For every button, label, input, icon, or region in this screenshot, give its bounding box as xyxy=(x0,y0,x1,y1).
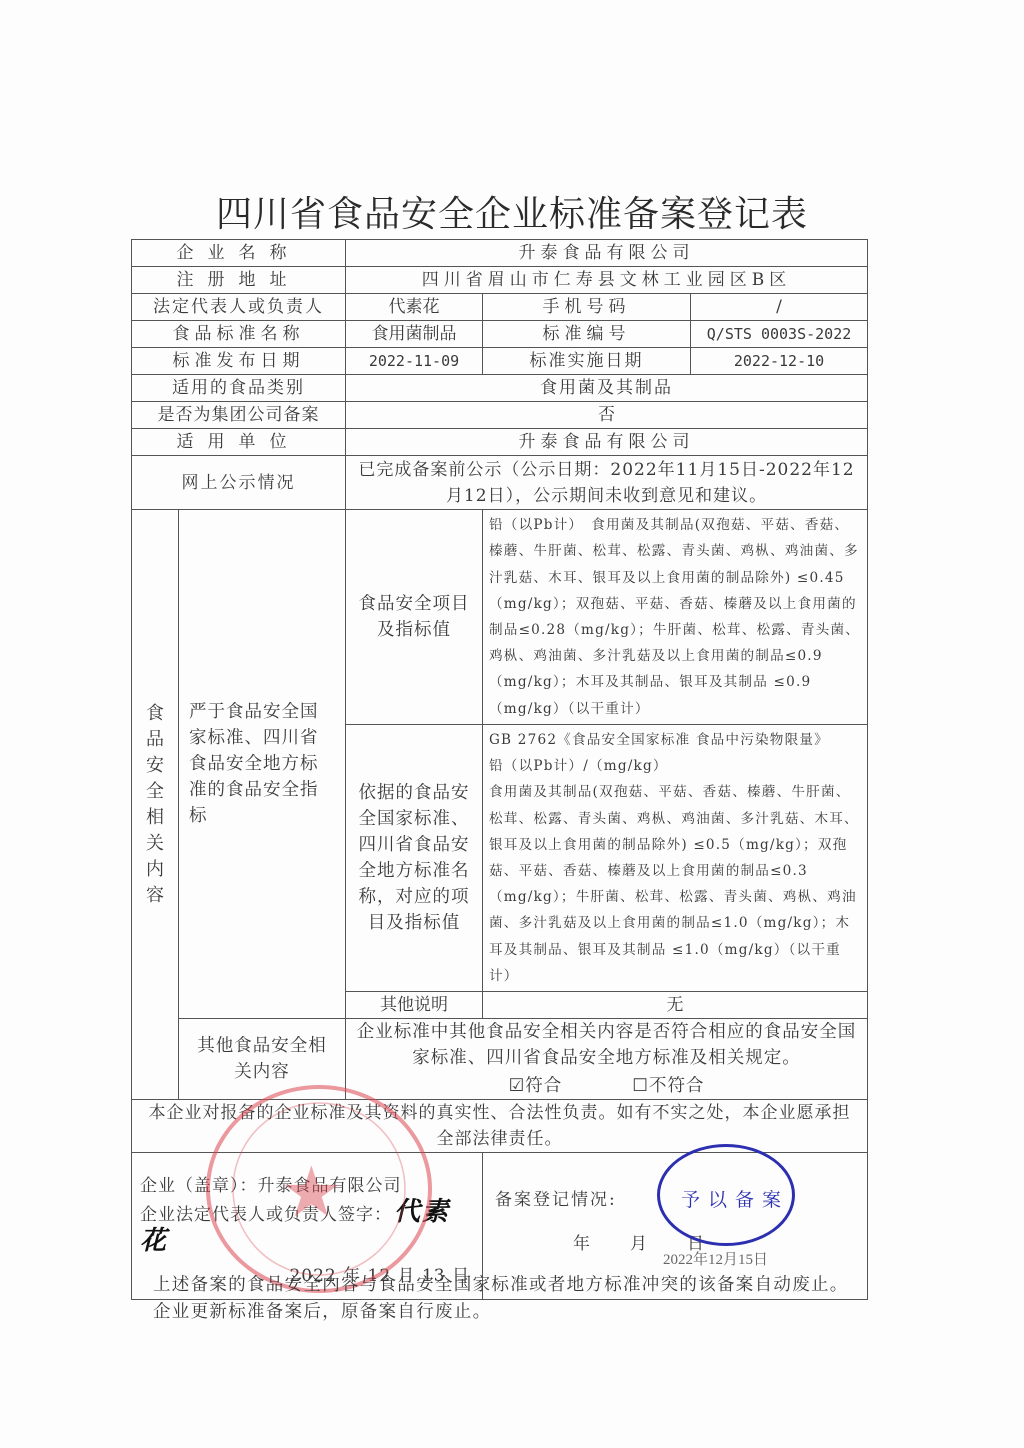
not-comply-checkbox[interactable]: ☐不符合 xyxy=(632,1073,704,1099)
company-name-value: 升泰食品有限公司 xyxy=(346,240,868,267)
food-category-value: 食用菌及其制品 xyxy=(346,375,868,402)
online-notice-value: 已完成备案前公示（公示日期：2022年11月15日-2022年12月12日），公… xyxy=(346,456,868,510)
row-safety-items: 食品安全相关内容 严于食品安全国家标准、四川省食品安全地方标准的食品安全指标 食… xyxy=(132,510,868,725)
effective-date-value: 2022-12-10 xyxy=(691,348,868,375)
release-date-label: 标准发布日期 xyxy=(132,348,346,375)
row-declaration: 本企业对报备的企业标准及其资料的真实性、合法性负责。如有不实之处，本企业愿承担全… xyxy=(132,1100,868,1153)
other-content-question: 企业标准中其他食品安全相关内容是否符合相应的食品安全国家标准、四川省食品安全地方… xyxy=(352,1019,861,1071)
safety-item-value: 铅（以Pb计） 食用菌及其制品(双孢菇、平菇、香菇、榛蘑、牛肝菌、松茸、松露、青… xyxy=(483,510,868,725)
row-online-notice: 网上公示情况 已完成备案前公示（公示日期：2022年11月15日-2022年12… xyxy=(132,456,868,510)
phone-label: 手机号码 xyxy=(483,294,691,321)
comply-checkbox[interactable]: ☑符合 xyxy=(509,1073,563,1099)
other-content-cell: 企业标准中其他食品安全相关内容是否符合相应的食品安全国家标准、四川省食品安全地方… xyxy=(346,1019,868,1100)
row-standard-name: 食品标准名称 食用菌制品 标准编号 Q/STS 0003S-2022 xyxy=(132,321,868,348)
basis-limits: 食用菌及其制品(双孢菇、平菇、香菇、榛蘑、牛肝菌、松茸、松露、青头菌、鸡枞、鸡油… xyxy=(489,779,861,989)
row-legal-rep: 法定代表人或负责人 代素花 手机号码 / xyxy=(132,294,868,321)
approval-date-stamp: 2022年12月15日 xyxy=(663,1248,768,1269)
row-food-category: 适用的食品类别 食用菌及其制品 xyxy=(132,375,868,402)
strict-indicator-label: 严于食品安全国家标准、四川省食品安全地方标准的食品安全指标 xyxy=(179,510,346,1019)
standard-number-value: Q/STS 0003S-2022 xyxy=(691,321,868,348)
applicable-unit-label: 适用单位 xyxy=(132,429,346,456)
group-filing-label: 是否为集团公司备案 xyxy=(132,402,346,429)
address-value: 四川省眉山市仁寿县文林工业园区B区 xyxy=(346,267,868,294)
rep-signature-label: 企业法定代表人或负责人签字： xyxy=(140,1205,392,1225)
basis-unit: 铅（以Pb计）/（mg/kg） xyxy=(489,753,861,779)
standard-name-value: 食用菌制品 xyxy=(346,321,483,348)
row-other-content: 其他食品安全相关内容 企业标准中其他食品安全相关内容是否符合相应的食品安全国家标… xyxy=(132,1019,868,1100)
other-notes-label: 其他说明 xyxy=(346,992,483,1019)
filing-form-table: 企业名称 升泰食品有限公司 注册地址 四川省眉山市仁寿县文林工业园区B区 法定代… xyxy=(131,239,868,1300)
effective-date-label: 标准实施日期 xyxy=(483,348,691,375)
standard-number-label: 标准编号 xyxy=(483,321,691,348)
row-address: 注册地址 四川省眉山市仁寿县文林工业园区B区 xyxy=(132,267,868,294)
company-name-label: 企业名称 xyxy=(132,240,346,267)
approval-stamp-text: 予以备案 xyxy=(681,1185,789,1212)
safety-group-label: 食品安全相关内容 xyxy=(132,510,179,1100)
standard-name-label: 食品标准名称 xyxy=(132,321,346,348)
basis-label: 依据的食品安全国家标准、四川省食品安全地方标准名称，对应的项目及指标值 xyxy=(346,725,483,992)
basis-value: GB 2762《食品安全国家标准 食品中污染物限量》 铅（以Pb计）/（mg/k… xyxy=(483,725,868,992)
enterprise-seal-label: 企业（盖章）：升泰食品有限公司 xyxy=(140,1173,474,1199)
release-date-value: 2022-11-09 xyxy=(346,348,483,375)
row-applicable-unit: 适用单位 升泰食品有限公司 xyxy=(132,429,868,456)
row-dates: 标准发布日期 2022-11-09 标准实施日期 2022-12-10 xyxy=(132,348,868,375)
phone-value: / xyxy=(691,294,868,321)
filing-status-label: 备案登记情况: xyxy=(487,1187,863,1213)
basis-standard-name: GB 2762《食品安全国家标准 食品中污染物限量》 xyxy=(489,727,861,753)
footer-note: 上述备案的食品安全内容与食品安全国家标准或者地方标准冲突的该备案自动废止。企业更… xyxy=(153,1272,853,1326)
legal-rep-label: 法定代表人或负责人 xyxy=(132,294,346,321)
legal-rep-value: 代素花 xyxy=(346,294,483,321)
form-title: 四川省食品安全企业标准备案登记表 xyxy=(0,186,1024,237)
other-content-label: 其他食品安全相关内容 xyxy=(179,1019,346,1100)
safety-item-label: 食品安全项目及指标值 xyxy=(346,510,483,725)
row-group-filing: 是否为集团公司备案 否 xyxy=(132,402,868,429)
row-company-name: 企业名称 升泰食品有限公司 xyxy=(132,240,868,267)
other-notes-value: 无 xyxy=(483,992,868,1019)
address-label: 注册地址 xyxy=(132,267,346,294)
group-filing-value: 否 xyxy=(346,402,868,429)
food-category-label: 适用的食品类别 xyxy=(132,375,346,402)
online-notice-label: 网上公示情况 xyxy=(132,456,346,510)
applicable-unit-value: 升泰食品有限公司 xyxy=(346,429,868,456)
declaration-text: 本企业对报备的企业标准及其资料的真实性、合法性负责。如有不实之处，本企业愿承担全… xyxy=(132,1100,868,1153)
